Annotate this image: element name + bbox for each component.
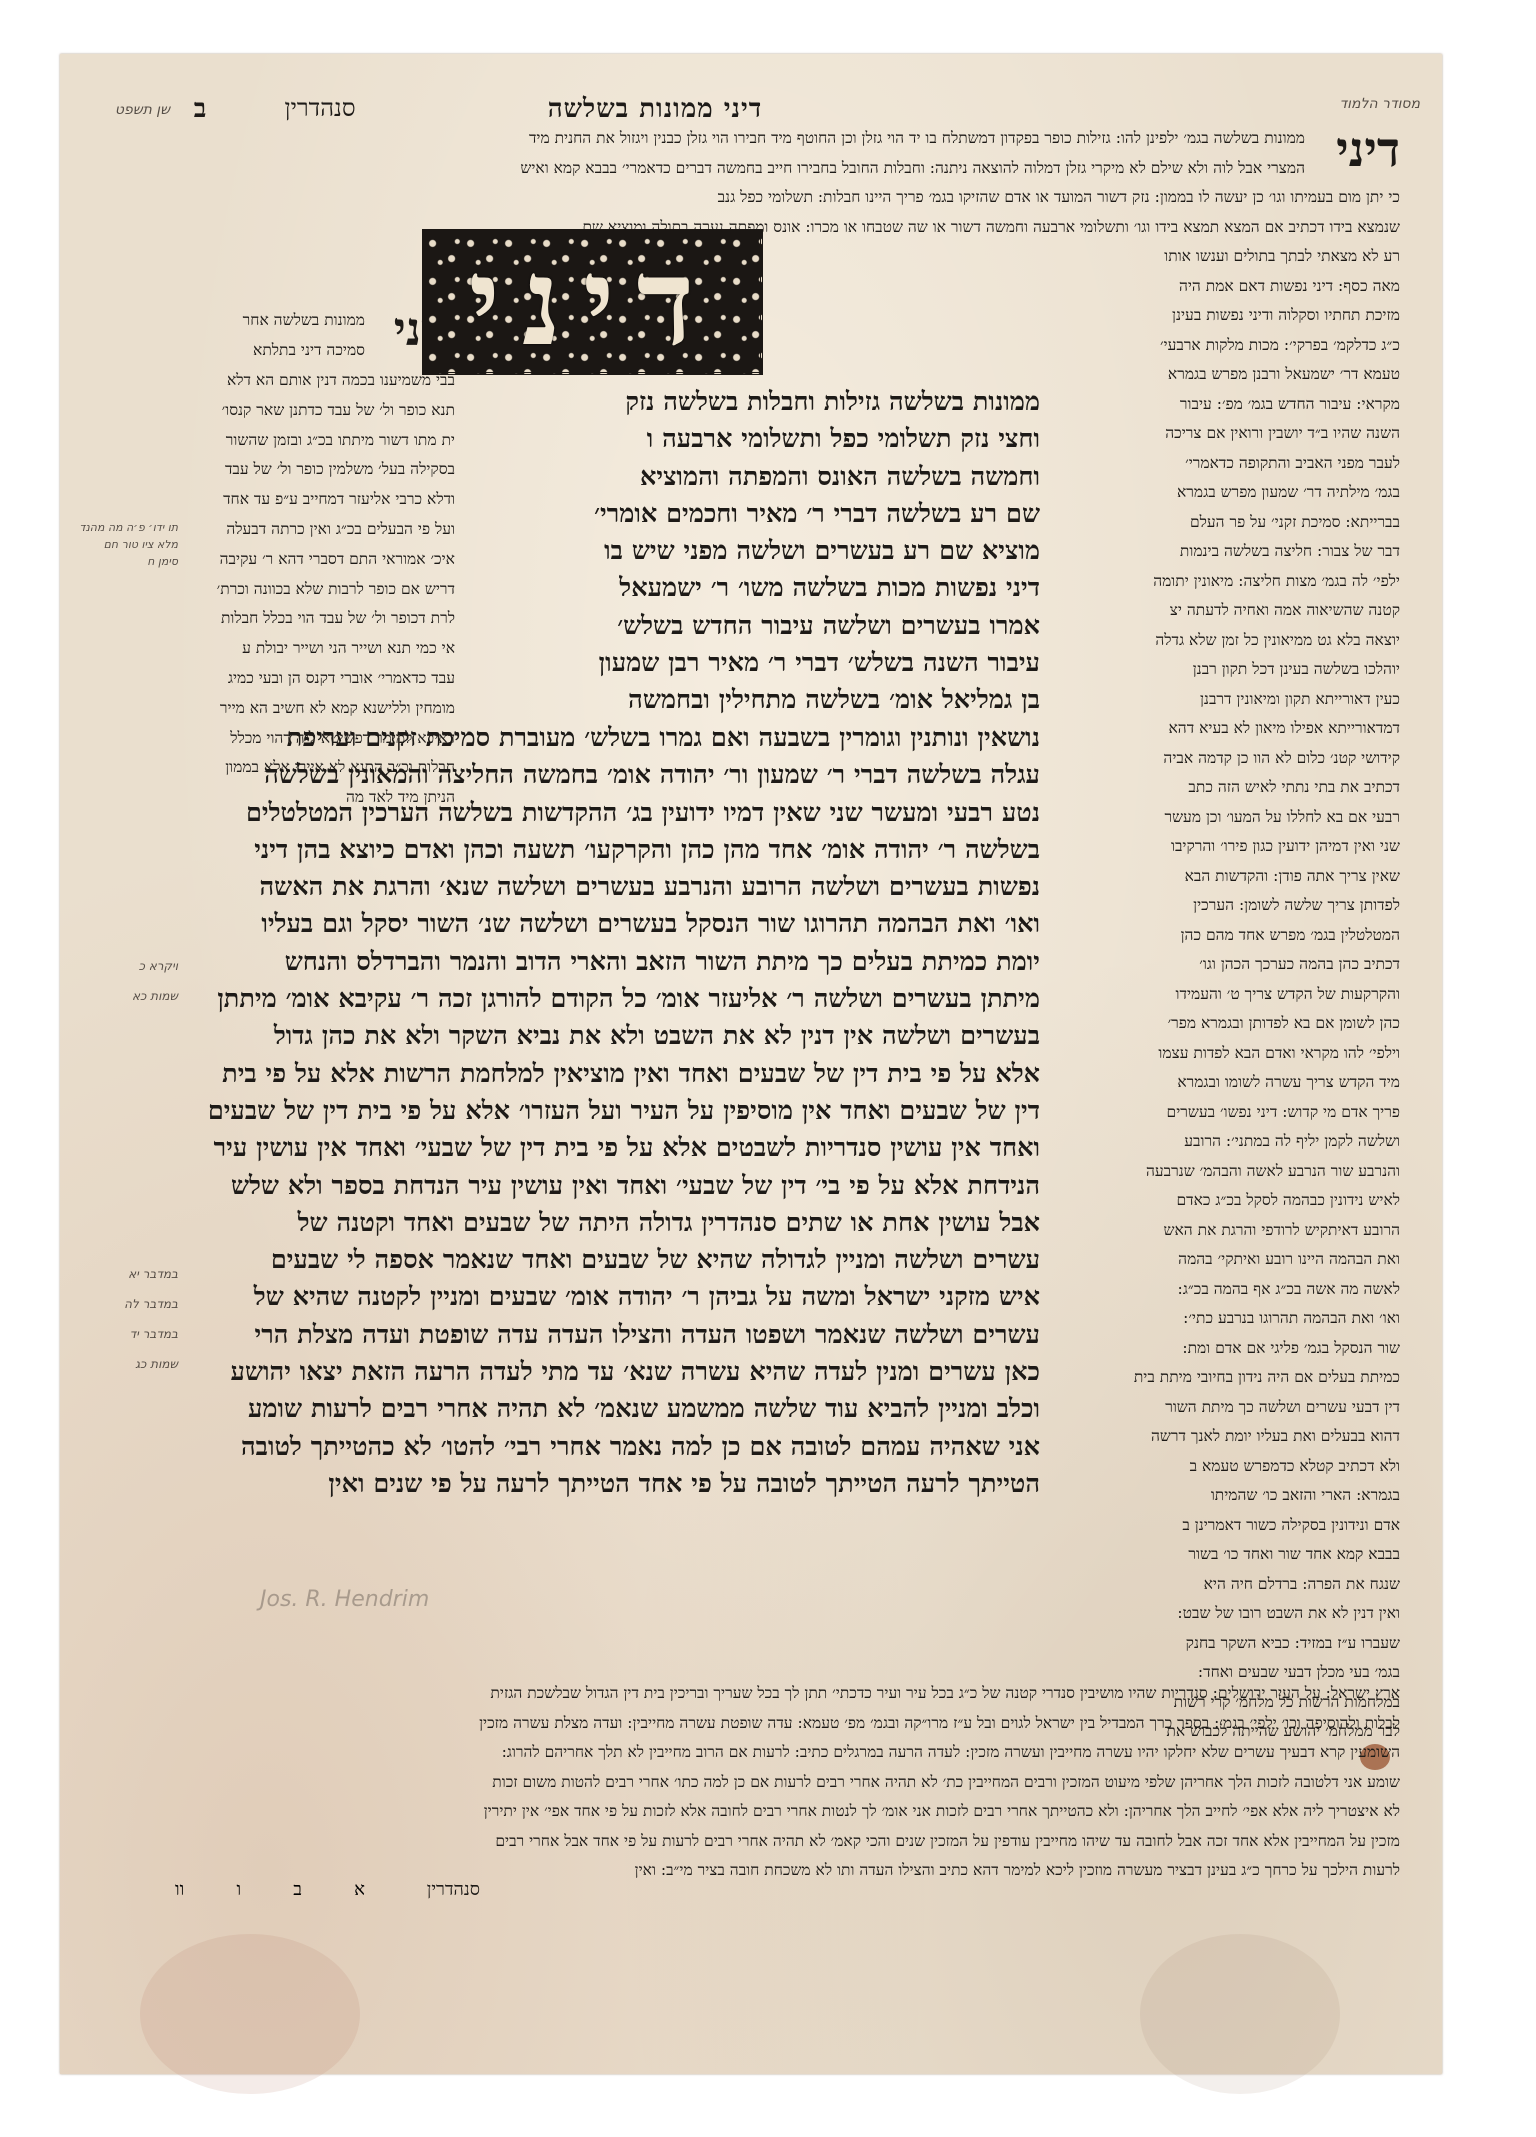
marginal-note-right: מסודר הלמוד [1300,96,1420,112]
main-text-line: ממונות בשלשה גזילות וחבלות בשלשה נזק [400,384,1040,421]
main-text-line: דין של שבעים ואחד אין מוסיפין על העיר וע… [185,1093,1040,1130]
incunable-leaf: דיני ממונות בשלשה סנהדרין ב שן תשפט מסוד… [60,54,1442,2074]
rashi-line: שאין צריך אתה פודן: והקדשות הבא [1045,862,1400,892]
marginal-note: שמות כג [90,1349,178,1379]
main-text-line: נושאין ונותנין וגומרין בשבעה ואם גמרו בש… [185,720,1040,757]
marginal-note: סימן ח [60,553,178,570]
rashi-line: יוהלכו בשלשה בעינן דכל תקון רבנן [1045,655,1400,685]
main-text-line: אלא על פי בית דין של שבעים ואחד ואין מוצ… [185,1056,1040,1093]
main-text-line: איש מזקני ישראל ומשה על גביהן ר׳ יהודה א… [185,1279,1040,1316]
rashi-line: כי יתן מום בעמיתו וגו׳ כן יעשה לו בממון:… [180,183,1400,213]
rashi-line: בגמרא: הארי והזאב כו׳ שהמיתו [1045,1481,1400,1511]
main-text-line: אבל עושין אחת או שתים סנהדרין גדולה היתה… [185,1205,1040,1242]
rashi-line: והקרקעות של הקדש צריך ט׳ והעמידו [1045,980,1400,1010]
rashi-line: דבר של צבור: חליצה בשלשה בינמות [1045,537,1400,567]
quire-signature: א ב ו וו [175,1879,365,1900]
rashi-line: מזיכת תחתיו וסקלוה ודיני נפשות בעינן [1045,301,1400,331]
main-text-line: עשרים ושלשה ומניין לגדולה שהיא של שבעים … [185,1242,1040,1279]
rashi-line: דכתיב את בתי נתתי לאיש הזה כתב [1045,773,1400,803]
marginal-note: במדבר יא [90,1259,178,1289]
rashi-line: ולא דכתיב קטלא כדמפרש טעמא ב [1045,1452,1400,1482]
rashi-line: שעברו ע״ז במזיד: כביא השקר בחנק [1045,1629,1400,1659]
rashi-line: כהן לשומן אם בא לפדותן ובגמרא מפר׳ [1045,1009,1400,1039]
rashi-line: יוצאה בלא גט ממיאונין כל זמן שלא גדלה [1045,626,1400,656]
rashi-line: והנרבע שור הנרבע לאשה והבהמ׳ שנרבעה [1045,1157,1400,1187]
marginal-note-group: תו ידו׳ פ׳ה מה מהנד מלא ציו טור חם סימן … [60,519,178,570]
main-text-line: ואחד אין עושין סנדריות לשבטים אלא על פי … [185,1130,1040,1167]
main-text-wide: נושאין ונותנין וגומרין בשבעה ואם גמרו בש… [185,720,1040,1503]
marginal-note-group: במדבר יא במדבר לה במדבר יד שמות כג [90,1259,178,1379]
main-text-line: וחצי נזק תשלומי כפל ותשלומי ארבעה ו [400,421,1040,458]
marginal-note: תו ידו׳ פ׳ה מה מהנד [60,519,178,536]
main-text-line: הטייתך לרעה הטייתך לטובה על פי אחד הטיית… [185,1466,1040,1503]
rashi-line: ואין דנין לא את השבט רובו של שבט: [1045,1599,1400,1629]
rashi-line: כמיתת בעלים אם היה נידון בחיובי מיתת בית [1045,1363,1400,1393]
main-text-line: בן גמליאל אומ׳ בשלשה מתחילין ובחמשה [400,682,1040,719]
rashi-line: לאיש נידונין כבהמה לסקל בכ״ג כאדם [1045,1186,1400,1216]
main-text-line: בעשרים ושלשה אין דנין לא את השבט ולא את … [185,1018,1040,1055]
rashi-line: שנגח את הפרה: ברדלם חיה היא [1045,1570,1400,1600]
commentary-line: מזכין על המחייבין אלא אחד זכה אבל לחובה … [170,1827,1400,1857]
main-text-line: שם רע בשלשה דברי ר׳ מאיר וחכמים אומרי׳ [400,496,1040,533]
main-text-line: ואו׳ ואת הבהמה תהרוגו שור הנסקל בעשרים ו… [185,906,1040,943]
commentary-line: לבלות ולהוסיפה וכו׳ ילפי׳ בגמ׳: בספר כרך… [170,1709,1400,1739]
main-text-line: יומת כמיתת בעלים כך מיתת השור הזאב והארי… [185,944,1040,981]
quire-mark: ב [293,1879,302,1900]
woodcut-initial-panel: דיני [422,229,763,375]
main-text-line: עיבור השנה בשלש׳ דברי ר׳ מאיר רבן שמעון [400,645,1040,682]
quire-mark: ו [236,1879,241,1900]
rashi-line: וילפי׳ להו מקראי ואדם הבא לפדות עצמו [1045,1039,1400,1069]
running-title: דיני ממונות בשלשה [490,94,820,124]
rashi-line: שור הנסקל בגמ׳ פליגי אם אדם ומת: [1045,1334,1400,1364]
marginal-note: מלא ציו טור חם [60,536,178,553]
rashi-line: רע לא מצאתי לבתך בתולים וענשו אותו [1045,242,1400,272]
rashi-line: דכתיב כהן בהמה כערכך הכהן וגו׳ [1045,950,1400,980]
rashi-line: לאשה מה אשה בכ״ג אף בהמה בכ״ג: [1045,1275,1400,1305]
rashi-line: מיד הקדש צריך עשרה לשומו ובגמרא [1045,1068,1400,1098]
rashi-line: כ״ג כדלקמ׳ בפרקי׳: מכות מלקות ארבעי׳ [1045,331,1400,361]
rashi-line: ילפי׳ לה בגמ׳ מצות חליצה: מיאונין יתומה [1045,567,1400,597]
rashi-line: מקראי: עיבור החדש בגמ׳ מפ׳: עיבור [1045,390,1400,420]
water-stain [1140,1934,1340,2094]
rashi-line: כעין דאורייתא תקון ומיאונין דרבנן [1045,685,1400,715]
rashi-line: ואו׳ ואת הבהמה תהרוגו בנרבע כתי׳: [1045,1304,1400,1334]
commentary-line: ארץ ישראל: על העיר ירושלים: סנדריות שהיו… [170,1679,1400,1709]
marginal-note: ויקרא כ [100,959,178,973]
rashi-line: פריך אדם מי קדוש: דיני נפשו׳ בעשרים [1045,1098,1400,1128]
main-text-line: נטע רבעי ומעשר שני שאין דמיו ידועין בג׳ … [185,795,1040,832]
main-text-line: וכלב ומניין להביא עוד שלשה ממשמע שנאמ׳ ל… [185,1391,1040,1428]
main-text-line: אני שאהיה עמהם לטובה אם כן למה נאמר אחרי… [185,1429,1040,1466]
commentary-line: לא איצטריך ליה אלא אפי׳ לחייב הלך אחריהן… [170,1797,1400,1827]
rashi-line: ושלשה לקמן יליף לה במתני׳: הרובע [1045,1127,1400,1157]
rashi-line: מאה כסף: דיני נפשות דאם אמת היה [1045,272,1400,302]
marginal-note-left: שן תשפט [95,102,170,118]
quire-mark: א [354,1879,365,1900]
rashi-line: לפדותן צריך שלשה לשומן: הערכין [1045,891,1400,921]
rashi-opening-word: דיני [1310,126,1400,174]
rashi-column: רע לא מצאתי לבתך בתולים וענשו אותו מאה כ… [1045,242,1400,1747]
rashi-line: בגמ׳ מילתיה דר׳ שמעון מפרש בגמרא [1045,478,1400,508]
marginal-note: במדבר יד [90,1319,178,1349]
rashi-line: ממונות בשלשה בגמ׳ ילפינן להו: גזילות כופ… [180,124,1305,154]
tosafot-line: סמיכה דיני בתלתא [190,336,365,366]
rashi-line: המטלטלין בגמ׳ מפרש אחד מהם כהן [1045,921,1400,951]
tosafot-line: ממונות בשלשה אחר [190,306,365,336]
rashi-line: קטנה שהשיאוה אמה ואחיה לדעתה יצ [1045,596,1400,626]
main-text-line: עשרים ושלשה שנאמר ושפטו העדה והצילו העדה… [185,1317,1040,1354]
main-text-line: וחמשה בשלשה האונס והמפתה והמוציא [400,459,1040,496]
main-text-line: עגלה בשלשה דברי ר׳ שמעון ור׳ יהודה אומ׳ … [185,757,1040,794]
main-text-line: מיתתן בעשרים ושלשה ר׳ אליעזר אומ׳ כל הקו… [185,981,1040,1018]
rashi-line: טעמא דר׳ ישמעאל ורבנן מפרש בגמרא [1045,360,1400,390]
ownership-inscription: Jos. R. Hendrim [260,1587,620,1612]
main-text-narrow: ממונות בשלשה גזילות וחבלות בשלשה נזק וחצ… [400,384,1040,720]
main-text-line: נפשות בעשרים ושלשה הרובע והנרבע בעשרים ו… [185,869,1040,906]
water-stain [140,1934,360,2094]
rashi-line: רבעי אם בא לחללו על המעו׳ וכן מעשר [1045,803,1400,833]
rashi-line: בבבא קמא אחד שור ואחד כו׳ בשור [1045,1540,1400,1570]
marginal-note: במדבר לה [90,1289,178,1319]
commentary-line: השומעין קרא דבעיך עשרים שלא יחלקו יהיו ע… [170,1738,1400,1768]
rashi-line: השנה שהיו ב״ד יושבין ורואין אם צריכה [1045,419,1400,449]
tractate-title: סנהדרין [255,94,385,123]
woodcut-initial-word: דיני [469,232,717,373]
rashi-top-block: ממונות בשלשה בגמ׳ ילפינן להו: גזילות כופ… [180,124,1305,183]
main-text-line: דיני נפשות מכות בשלשה משו׳ ר׳ ישמעאל [400,570,1040,607]
main-text-line: בשלשה ר׳ יהודה אומ׳ אחד מהן כהן והקרקעו׳… [185,832,1040,869]
rashi-line: אדם ונידונין בסקילה כשור דאמרינן ב [1045,1511,1400,1541]
commentary-line: שומע אני דלטובה לזכות הלך אחריהן שלפי מי… [170,1768,1400,1798]
rashi-line: קידושי קטנ׳ כלום לא הוו כן קדמה אביה [1045,744,1400,774]
quire-mark: וו [175,1879,184,1900]
main-text-line: מוציא שם רע בעשרים ושלשה מפני שיש בו [400,533,1040,570]
rashi-line: המצרי אבל לוה ולא שילם לא מיקרי גזלן דמל… [180,154,1305,184]
marginal-note: שמות כא [100,989,178,1003]
main-text-line: כאן עשרים ומנין לעדה שהיא עשרה שנא׳ עד מ… [185,1354,1040,1391]
rashi-top-block-2: כי יתן מום בעמיתו וגו׳ כן יעשה לו בממון:… [180,183,1400,242]
rashi-line: דהוא בבעלים ואת בעליו יומת לאנך דרשה [1045,1422,1400,1452]
tosafot-head-lines: ממונות בשלשה אחר סמיכה דיני בתלתא [190,306,365,366]
rashi-line: דמדאורייתא אפילו מיאון לא בעיא דהא [1045,714,1400,744]
rashi-line: בברייתא: סמיכת זקני׳ על פר העלם [1045,508,1400,538]
rashi-line: הרובע דאיתקיש לרודפי והרגת את האש [1045,1216,1400,1246]
rashi-line: שני ואין דמיהן ידועין כגון פירו׳ והרקיבו [1045,832,1400,862]
rashi-line: שנמצא בידו דכתיב אם המצא תמצא בידו וגו׳ … [180,213,1400,243]
rashi-line: ואת הבהמה היינו רובע ואיתקי׳ בהמה [1045,1245,1400,1275]
rashi-line: לעבר מפני האביב והתקופה כדאמרי׳ [1045,449,1400,479]
bottom-commentary: ארץ ישראל: על העיר ירושלים: סנדריות שהיו… [170,1679,1400,1886]
main-text-line: הנידחת אלא על פי בי׳ דין של שבעי׳ ואחד ו… [185,1168,1040,1205]
folio-number: ב [180,94,220,124]
signature-tractate: סנהדרין [380,1879,480,1900]
main-text-line: אמרו בעשרים ושלשה עיבור החדש בשלש׳ [400,608,1040,645]
rashi-line: דין דבעי עשרים ושלשה כך מיתת השור [1045,1393,1400,1423]
